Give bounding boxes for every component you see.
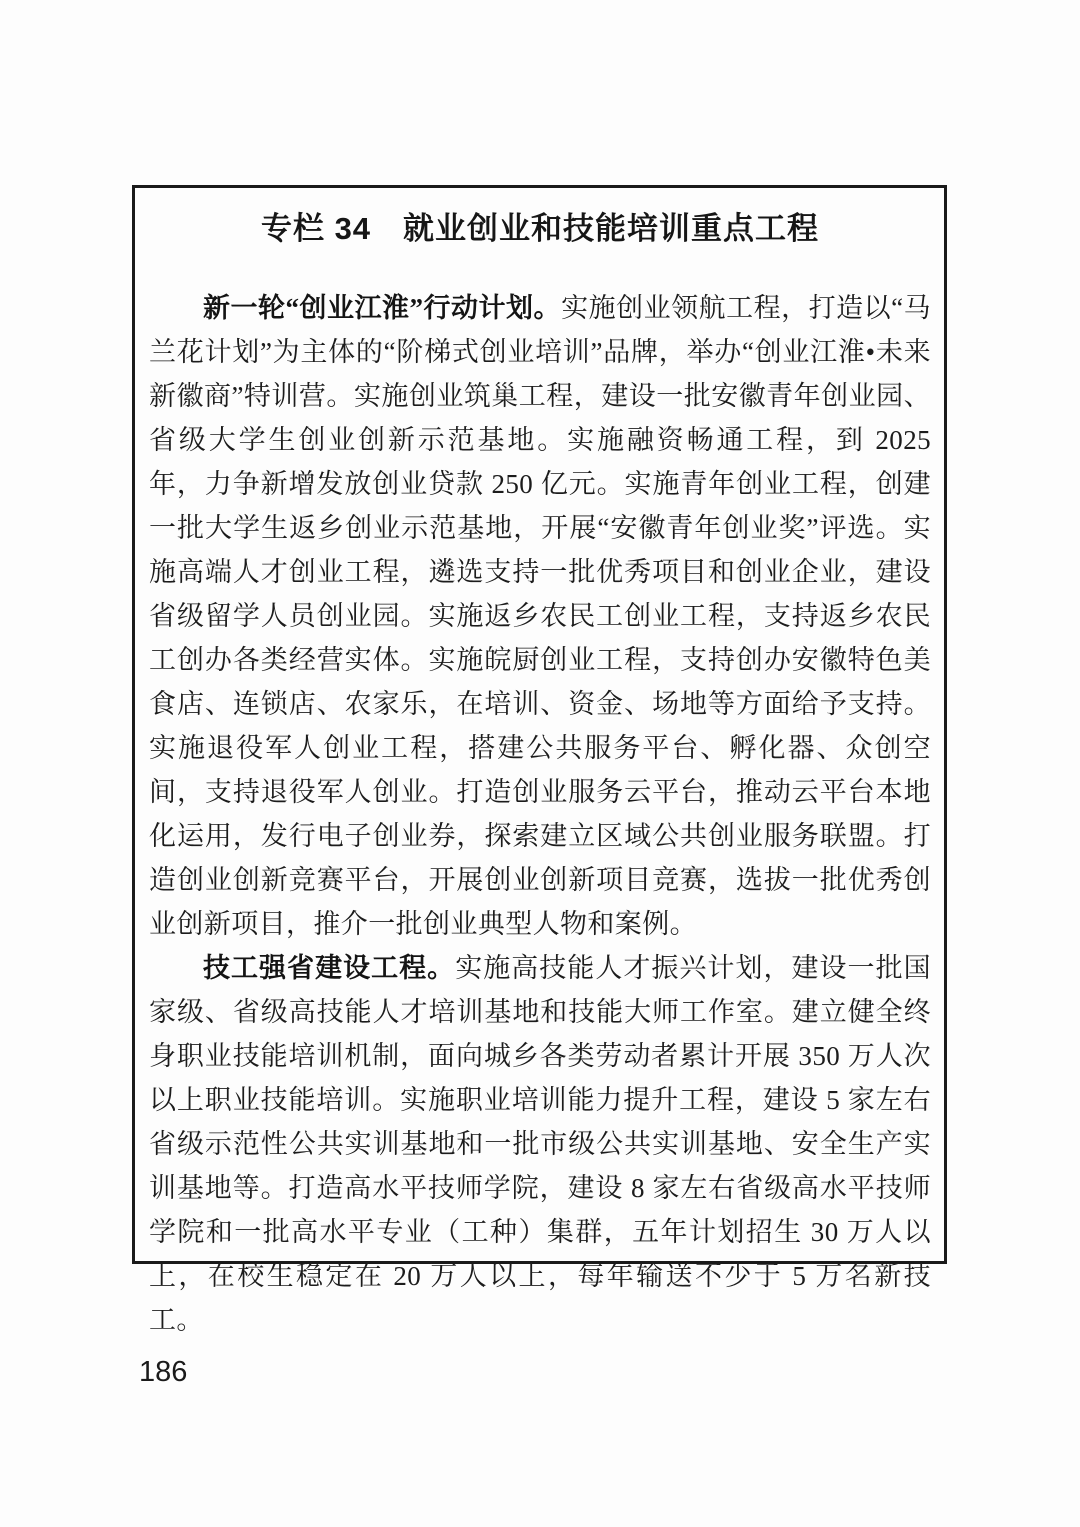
paragraph-lead-bold: 新一轮“创业江淮”行动计划。 <box>203 293 561 323</box>
document-page: 专栏 34 就业创业和技能培训重点工程 新一轮“创业江淮”行动计划。实施创业领航… <box>0 0 1080 1527</box>
paragraph-body-text: 实施创业领航工程，打造以“马兰花计划”为主体的“阶梯式创业培训”品牌，举办“创业… <box>149 293 931 939</box>
paragraph-lead-bold: 技工强省建设工程。 <box>203 953 455 983</box>
paragraph-skilled-worker-province: 技工强省建设工程。实施高技能人才振兴计划，建设一批国家级、省级高技能人才培训基地… <box>149 946 931 1342</box>
feature-box-column-34: 专栏 34 就业创业和技能培训重点工程 新一轮“创业江淮”行动计划。实施创业领航… <box>132 185 947 1264</box>
page-number: 186 <box>139 1356 187 1389</box>
paragraph-entrepreneurship-jianghuai: 新一轮“创业江淮”行动计划。实施创业领航工程，打造以“马兰花计划”为主体的“阶梯… <box>149 286 931 946</box>
panel-title: 专栏 34 就业创业和技能培训重点工程 <box>149 206 931 252</box>
paragraph-body-text: 实施高技能人才振兴计划，建设一批国家级、省级高技能人才培训基地和技能大师工作室。… <box>149 953 931 1335</box>
